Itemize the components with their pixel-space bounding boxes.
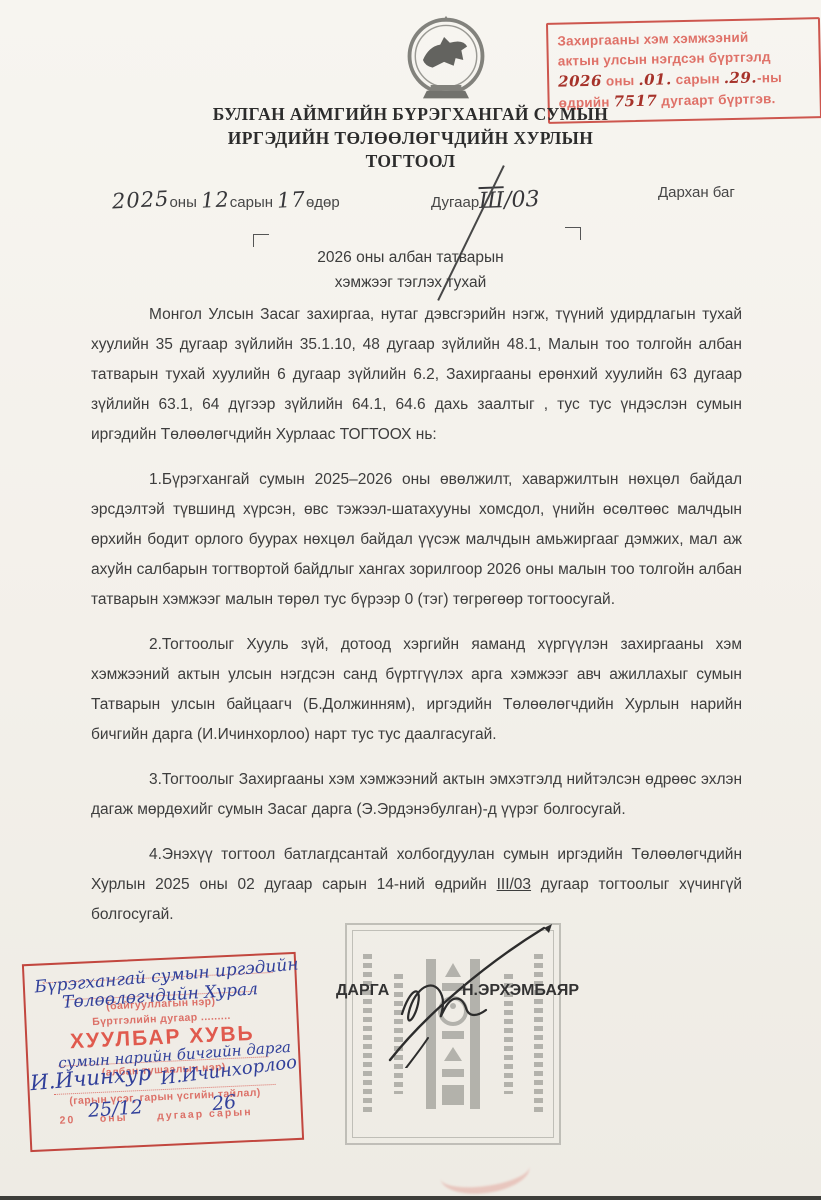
revoked-decree-number: III/03 <box>497 876 531 893</box>
scanned-decree-document: Захиргааны хэм хэмжээний актын улсын нэг… <box>0 0 821 1200</box>
paragraph-2: 2.Тогтоолыг Хууль зүй, дотоод хэргийн яа… <box>91 630 742 750</box>
date-left: 2025оны 12сарын 17өдөр <box>112 188 340 212</box>
reg-ony-label: оны <box>606 73 635 89</box>
subject-bracket-right <box>565 227 581 240</box>
subject-line2: хэмжээг тэглэх тухай <box>0 270 821 295</box>
paragraph-preamble: Монгол Улсын Засаг захиргаа, нутаг дэвсг… <box>91 300 742 450</box>
document-title: БУЛГАН АЙМГИЙН БҮРЭГХАНГАЙ СУМЫН ИРГЭДИЙ… <box>0 103 821 174</box>
date-row: 2025оны 12сарын 17өдөр ДугаарШ/03 Дархан… <box>0 180 821 220</box>
stamp-date-line: 20 оны дугаар сарын <box>31 1104 301 1128</box>
subject-block: 2026 оны албан татварын хэмжээг тэглэх т… <box>0 245 821 295</box>
paragraph-3: 3.Тогтоолыг Захиргааны хэм хэмжээний акт… <box>91 765 742 825</box>
month-handwritten: 12 <box>200 187 230 212</box>
udur-label: өдөр <box>306 194 340 211</box>
reg-ny-suffix: -ны <box>757 70 782 86</box>
paragraph-4: 4.Энэхүү тогтоол батлагдсантай холбогдуу… <box>91 840 742 930</box>
title-line3: ТОГТООЛ <box>0 150 821 174</box>
ony-label: оны <box>169 194 196 211</box>
paragraph-1: 1.Бүрэгхангай сумын 2025–2026 оны өвөлжи… <box>91 465 742 615</box>
reg-saryn-label: сарын <box>676 71 720 87</box>
saryn-label: сарын <box>230 194 273 211</box>
title-line2: ИРГЭДИЙН ТӨЛӨӨЛӨГЧДИЙН ХУРЛЫН <box>0 127 821 151</box>
year-handwritten: 2025 <box>111 187 170 214</box>
decree-body: Монгол Улсын Засаг захиргаа, нутаг дэвсг… <box>91 300 742 945</box>
seal-script-column <box>363 954 372 1114</box>
reg-year-handwritten: 2026 <box>558 72 602 91</box>
reg-day-handwritten: .29. <box>724 68 758 87</box>
title-line1: БУЛГАН АЙМГИЙН БҮРЭГХАНГАЙ СУМЫН <box>0 103 821 127</box>
signer-position-label: ДАРГА <box>336 982 389 1000</box>
day-handwritten: 17 <box>277 187 307 212</box>
scan-edge-artifact <box>0 1196 821 1200</box>
handwritten-date-year-month: 25/12 <box>87 1096 143 1122</box>
bag-name: Дархан баг <box>658 184 735 201</box>
signer-name: Н.ЭРХЭМБАЯР <box>462 982 579 1000</box>
mongolia-state-emblem-icon <box>398 12 494 108</box>
handwritten-date-day: 26 <box>211 1091 237 1115</box>
faint-seal-smudge <box>438 1146 533 1199</box>
subject-line1: 2026 оны албан татварын <box>0 245 821 270</box>
dugaar-label: Дугаар <box>431 194 479 211</box>
reg-month-handwritten: .01. <box>638 70 672 89</box>
